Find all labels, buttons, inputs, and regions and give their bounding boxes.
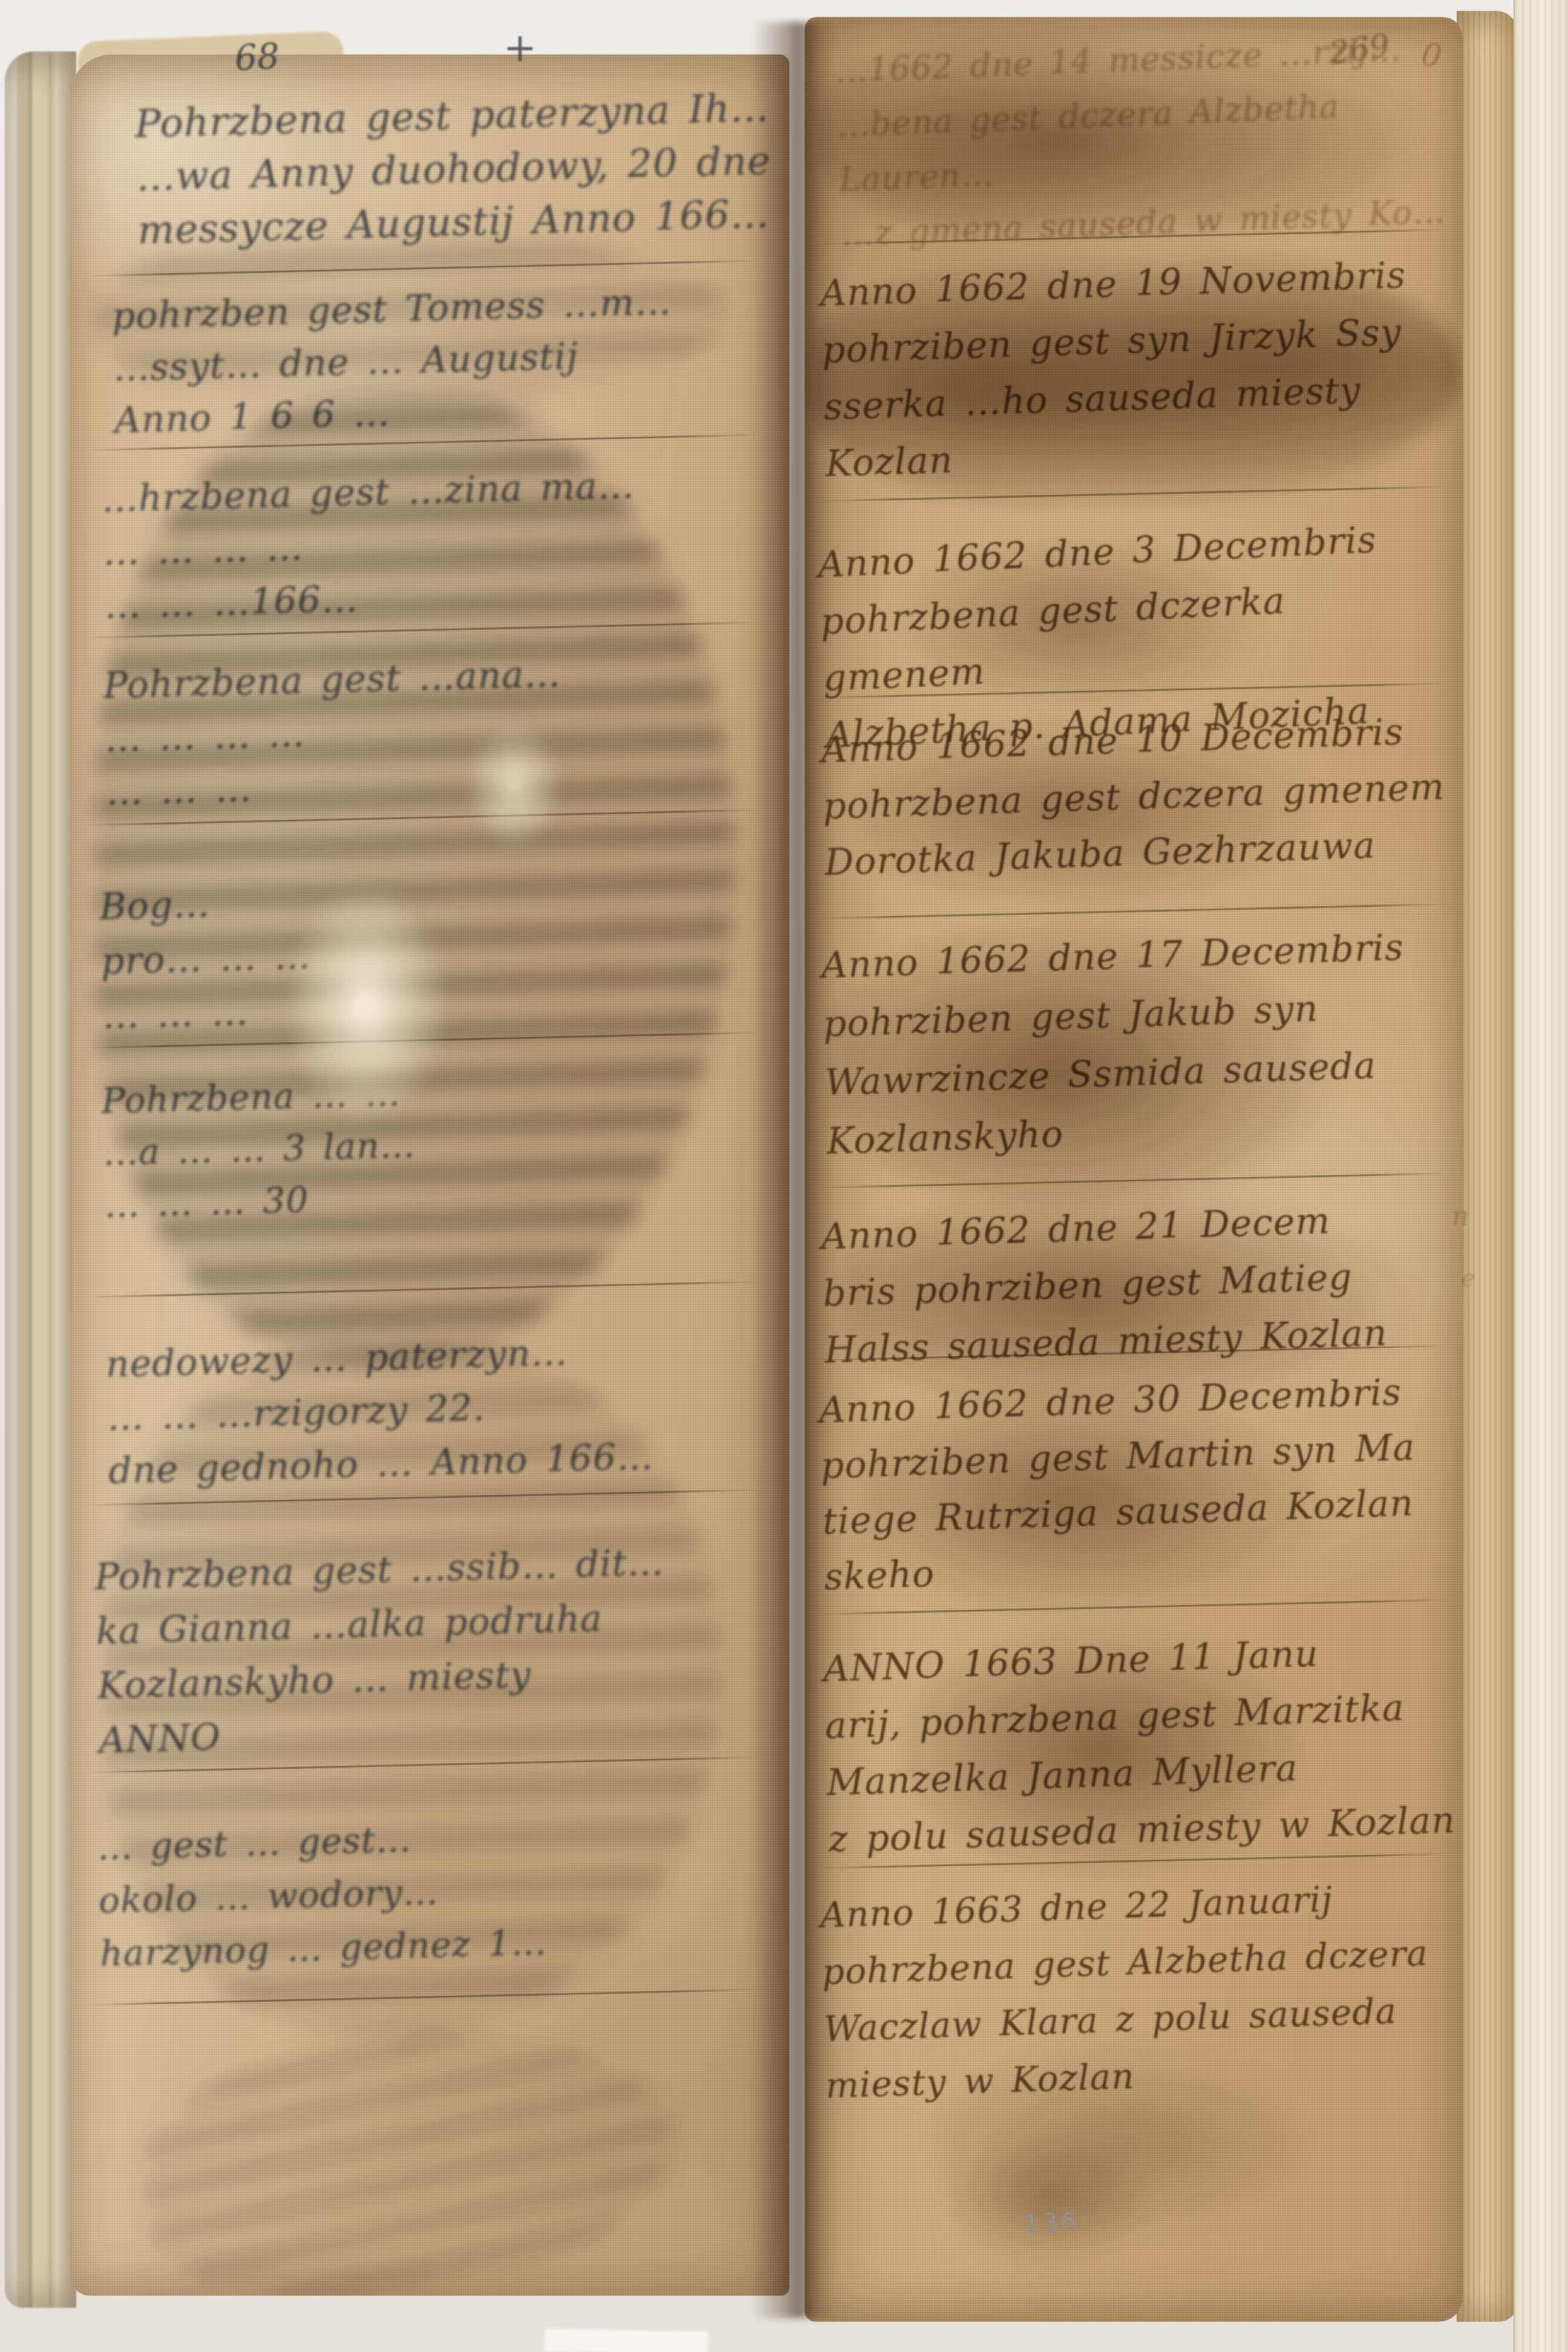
burial-entry: Pohrzbena gest paterzyna Ih… …wa Anny du… (134, 81, 773, 257)
next-page-edge (1457, 11, 1517, 2322)
burial-entry: nedowezy … paterzyn… … … …rzigorzy 22. d… (105, 1324, 655, 1497)
page-edge-mark: e (1461, 1264, 1475, 1292)
burial-entry: Anno 1663 dne 22 Januarij pohrzbena gest… (819, 1867, 1432, 2114)
page-edge-mark: n (1452, 1201, 1469, 1232)
ruled-divider (88, 1988, 759, 2005)
folio-number-left: 68 (234, 35, 280, 79)
burial-entry: Pohrzbena gest …ana… … … … … … … … (103, 647, 564, 819)
left-page: Pohrzbena gest paterzyna Ih… …wa Anny du… (70, 54, 789, 2296)
ink-smudge (130, 2011, 686, 2296)
burial-entry: Anno 1662 dne 21 Decem bris pohrziben ge… (820, 1191, 1388, 1379)
book-gutter-shadow (751, 22, 836, 2318)
burial-entry: ANNO 1663 Dne 11 Janu arij, pohrzbena ge… (822, 1621, 1456, 1868)
burial-entry: …hrzbena gest …zina ma… … … … … … … …166… (101, 459, 638, 633)
burial-entry: Anno 1662 dne 30 Decembris pohrziben ges… (818, 1364, 1419, 1606)
ruled-divider (88, 1281, 759, 1298)
burial-entry: Pohrzbena … … …a … … 3 lan… … … … 30 (101, 1067, 417, 1230)
burial-entry: pohrzben gest Tomess …m… …ssyt… dne … Au… (111, 276, 675, 446)
backdrop-gap (544, 2329, 708, 2352)
book-fore-edge (1514, 0, 1568, 2352)
book-page-edges-left (5, 51, 76, 2308)
cross-mark: + (503, 24, 537, 71)
ruled-divider (820, 903, 1446, 919)
burial-entry: Bog… pro… … … … … … (99, 874, 313, 1043)
burial-entry: Anno 1662 dne 10 Decembris pohrzbena ges… (820, 703, 1448, 891)
burial-entry: Pohrzbena gest …ssib… dit… ka Gianna …al… (94, 1535, 668, 1768)
ruled-divider (88, 260, 759, 276)
manuscript-photo: Pohrzbena gest paterzyna Ih… …wa Anny du… (0, 0, 1568, 2352)
right-page: …1662 dne 14 messicze …rzij… …bena gest … (805, 17, 1463, 2322)
ruled-divider (820, 1172, 1446, 1188)
ink-smudge (944, 2134, 1155, 2267)
burial-entry: … gest … gest… okolo … wodory… harzynog … (97, 1809, 547, 1980)
burial-entry: Anno 1662 dne 19 Novembris pohrziben ges… (819, 247, 1412, 492)
burial-entry: Anno 1662 dne 17 Decembris pohrziben ges… (820, 918, 1410, 1171)
pencil-foliation: 136 (1022, 2206, 1080, 2239)
